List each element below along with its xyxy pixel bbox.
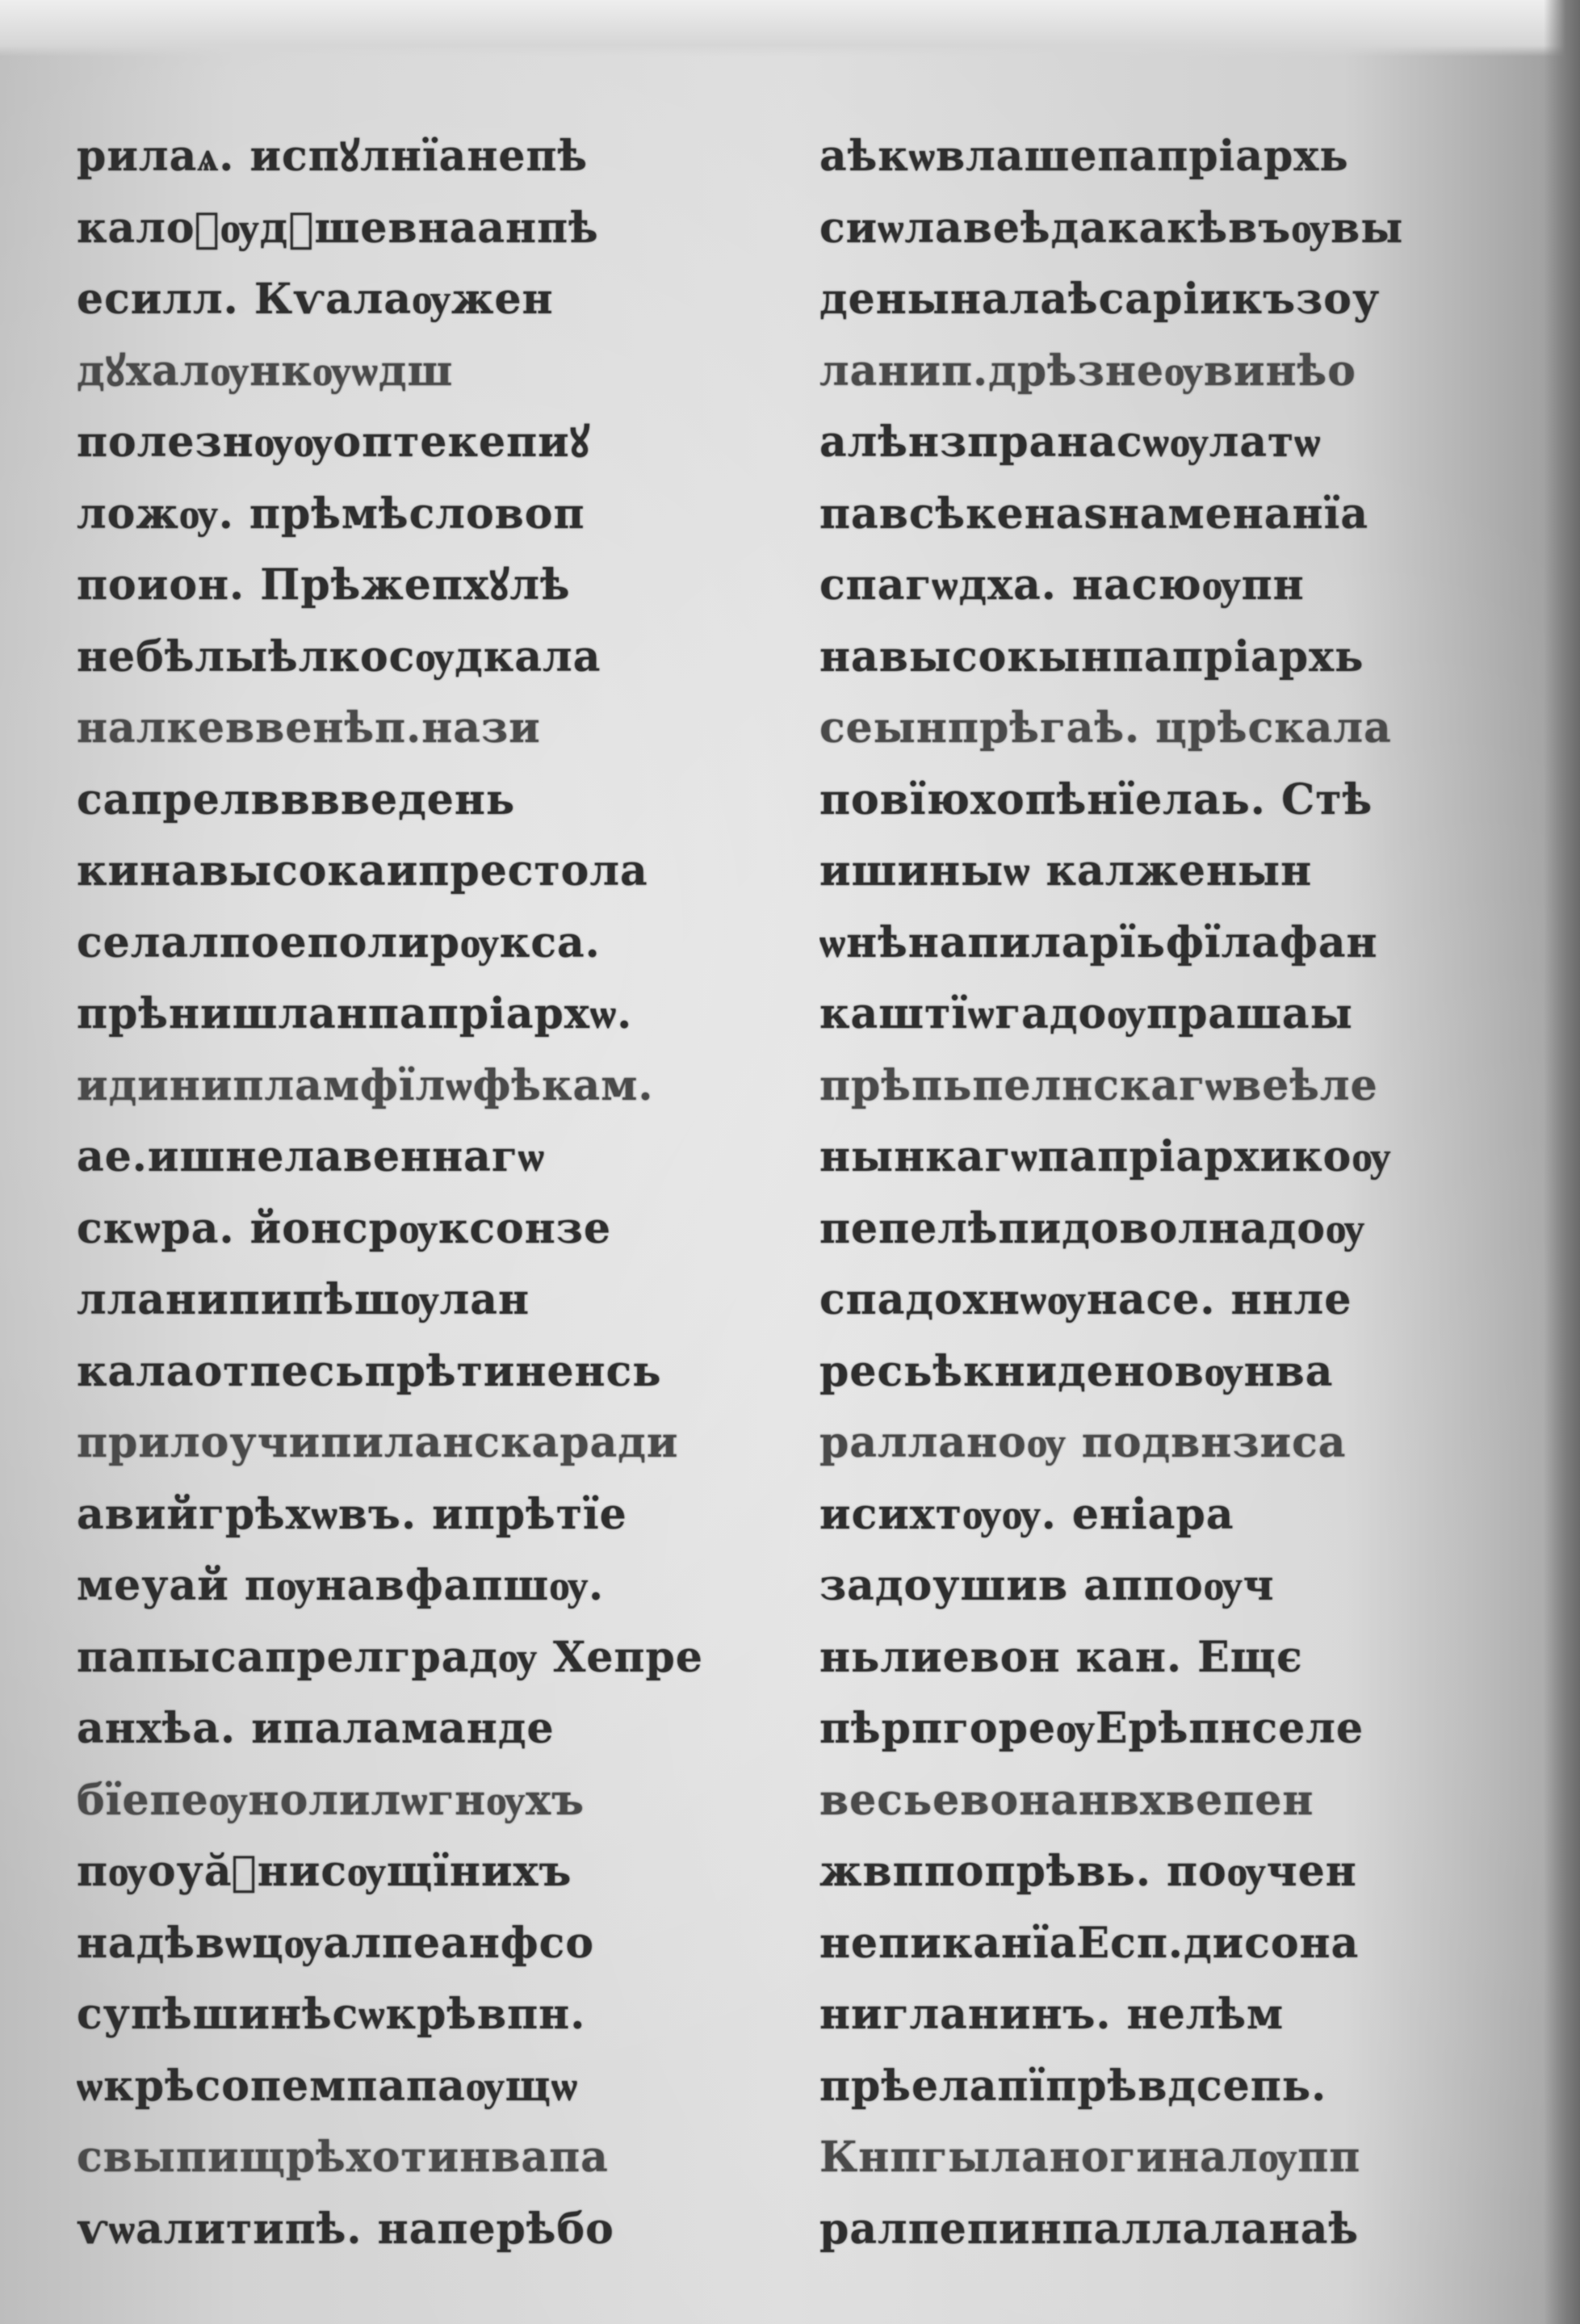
manuscript-line: прилоучипиланскаради	[77, 1407, 803, 1479]
manuscript-line: каштїѡгадоѹпрашаы	[819, 979, 1514, 1051]
manuscript-line: спадохнѡѹнасе. ннле	[819, 1265, 1514, 1336]
manuscript-line: ишиныѡ калженын	[819, 836, 1514, 908]
manuscript-line: поион. Прѣжепхꙋлѣ	[77, 550, 803, 622]
manuscript-line: задоушив аппоѹч	[819, 1550, 1514, 1622]
text-column-left: рилаѧ. испꙋлнїанепѣкалоⷮѹдꙋшевнаанпѣесил…	[77, 121, 803, 2265]
manuscript-line: ѵѡалитипѣ. наперѣбо	[77, 2194, 803, 2266]
manuscript-line: аѣкѡвлашепапріархь	[819, 121, 1514, 193]
manuscript-line: ралланоѹ подвнзиса	[819, 1407, 1514, 1479]
manuscript-line: рилаѧ. испꙋлнїанепѣ	[77, 121, 803, 193]
manuscript-line: налкеввенѣп.нази	[77, 693, 803, 765]
manuscript-line: сапрелвввведень	[77, 765, 803, 837]
manuscript-line: супѣшинѣсѡкрѣвпн.	[77, 1979, 803, 2051]
manuscript-line: ложѹ. прѣмѣсловоп	[77, 479, 803, 551]
manuscript-line: калоⷮѹдꙋшевнаанпѣ	[77, 193, 803, 265]
manuscript-line: повїюхопѣнїелаь. Стѣ	[819, 765, 1514, 837]
manuscript-line: сиѡлавеѣдакакѣвъѹвы	[819, 193, 1514, 265]
manuscript-line: ѡнѣнапиларїьфїлафан	[819, 908, 1514, 980]
manuscript-line: ресьѣкниденовѹнва	[819, 1336, 1514, 1408]
page-right-shadow	[1544, 0, 1580, 2324]
manuscript-line: бїепеѹнолилѡгнѹхъ	[77, 1765, 803, 1837]
manuscript-line: надѣвѡцѹалпеанфсо	[77, 1908, 803, 1980]
manuscript-line: навысокынпапріархь	[819, 622, 1514, 694]
manuscript-line: есилл. Кѵалаѹжен	[77, 264, 803, 336]
manuscript-line: меуай пѹнавфапшѹ.	[77, 1550, 803, 1622]
manuscript-line: калаотпесьпрѣтиненсь	[77, 1336, 803, 1408]
manuscript-line: ньлиевон кан. Ещє	[819, 1622, 1514, 1694]
manuscript-line: скѡра. йонсрѹксонзе	[77, 1193, 803, 1265]
manuscript-line: пѣрпгореѹЕрѣпнселе	[819, 1693, 1514, 1765]
manuscript-line: сеынпрѣгаѣ. црѣскала	[819, 693, 1514, 765]
manuscript-line: весьевонанвхвепен	[819, 1765, 1514, 1837]
manuscript-page: рилаѧ. испꙋлнїанепѣкалоⷮѹдꙋшевнаанпѣесил…	[0, 0, 1580, 2324]
manuscript-line: деныналаѣсаріикъзоу	[819, 264, 1514, 336]
manuscript-line: авийгрѣхѡвъ. ипрѣтїе	[77, 1479, 803, 1551]
manuscript-line: алѣнзпранасѡѹлатѡ	[819, 407, 1514, 479]
manuscript-line: папысапрелградѹ Хепре	[77, 1622, 803, 1694]
manuscript-line: нигланинъ. нелѣм	[819, 1979, 1514, 2051]
manuscript-line: ѡкрѣсопемпапаѹщѡ	[77, 2051, 803, 2123]
manuscript-line: павсѣкенаѕнаменанїа	[819, 479, 1514, 551]
manuscript-line: небѣлыѣлкосѹдкала	[77, 622, 803, 694]
manuscript-line: кинавысокаипрестола	[77, 836, 803, 908]
manuscript-line: селалпоеполирѹкса.	[77, 908, 803, 980]
text-column-right: аѣкѡвлашепапріархьсиѡлавеѣдакакѣвъѹвыден…	[819, 121, 1514, 2265]
manuscript-line: ае.ишнелавеннагѡ	[77, 1122, 803, 1193]
manuscript-line: полезнѹѹоптекепиꙋ	[77, 407, 803, 479]
manuscript-line: ланип.дрѣзнеѹвинѣо	[819, 336, 1514, 408]
manuscript-line: прѣнишланпапріархѡ.	[77, 979, 803, 1051]
manuscript-line: лланипипѣшѹлан	[77, 1265, 803, 1336]
manuscript-line: анхѣа. ипаламанде	[77, 1693, 803, 1765]
manuscript-line: пѹоуӑⷮнисѹщїнихъ	[77, 1836, 803, 1908]
page-top-edge	[0, 0, 1580, 57]
manuscript-line: идинипламфїлѡфѣкам.	[77, 1051, 803, 1122]
manuscript-line: спагѡдха. насюѹпн	[819, 550, 1514, 622]
manuscript-line: нынкагѡпапріархикоѹ	[819, 1122, 1514, 1193]
manuscript-line: жвппопрѣвь. поѹчен	[819, 1836, 1514, 1908]
manuscript-line: ралпепинпаллаланаѣ	[819, 2194, 1514, 2266]
manuscript-line: свыпищрѣхотинвапа	[77, 2122, 803, 2194]
manuscript-line: дꙋхалѹнкѹѡдш	[77, 336, 803, 408]
manuscript-line: прѣпьпелнскагѡвеѣле	[819, 1051, 1514, 1122]
manuscript-line: исихтѹѹ. еніара	[819, 1479, 1514, 1551]
manuscript-line: прѣелапїпрѣвдсепь.	[819, 2051, 1514, 2123]
manuscript-line: непиканїаЕсп.дисона	[819, 1908, 1514, 1980]
manuscript-line: Кнпгыланогиналѹпп	[819, 2122, 1514, 2194]
manuscript-line: пепелѣпидоволнадоѹ	[819, 1193, 1514, 1265]
